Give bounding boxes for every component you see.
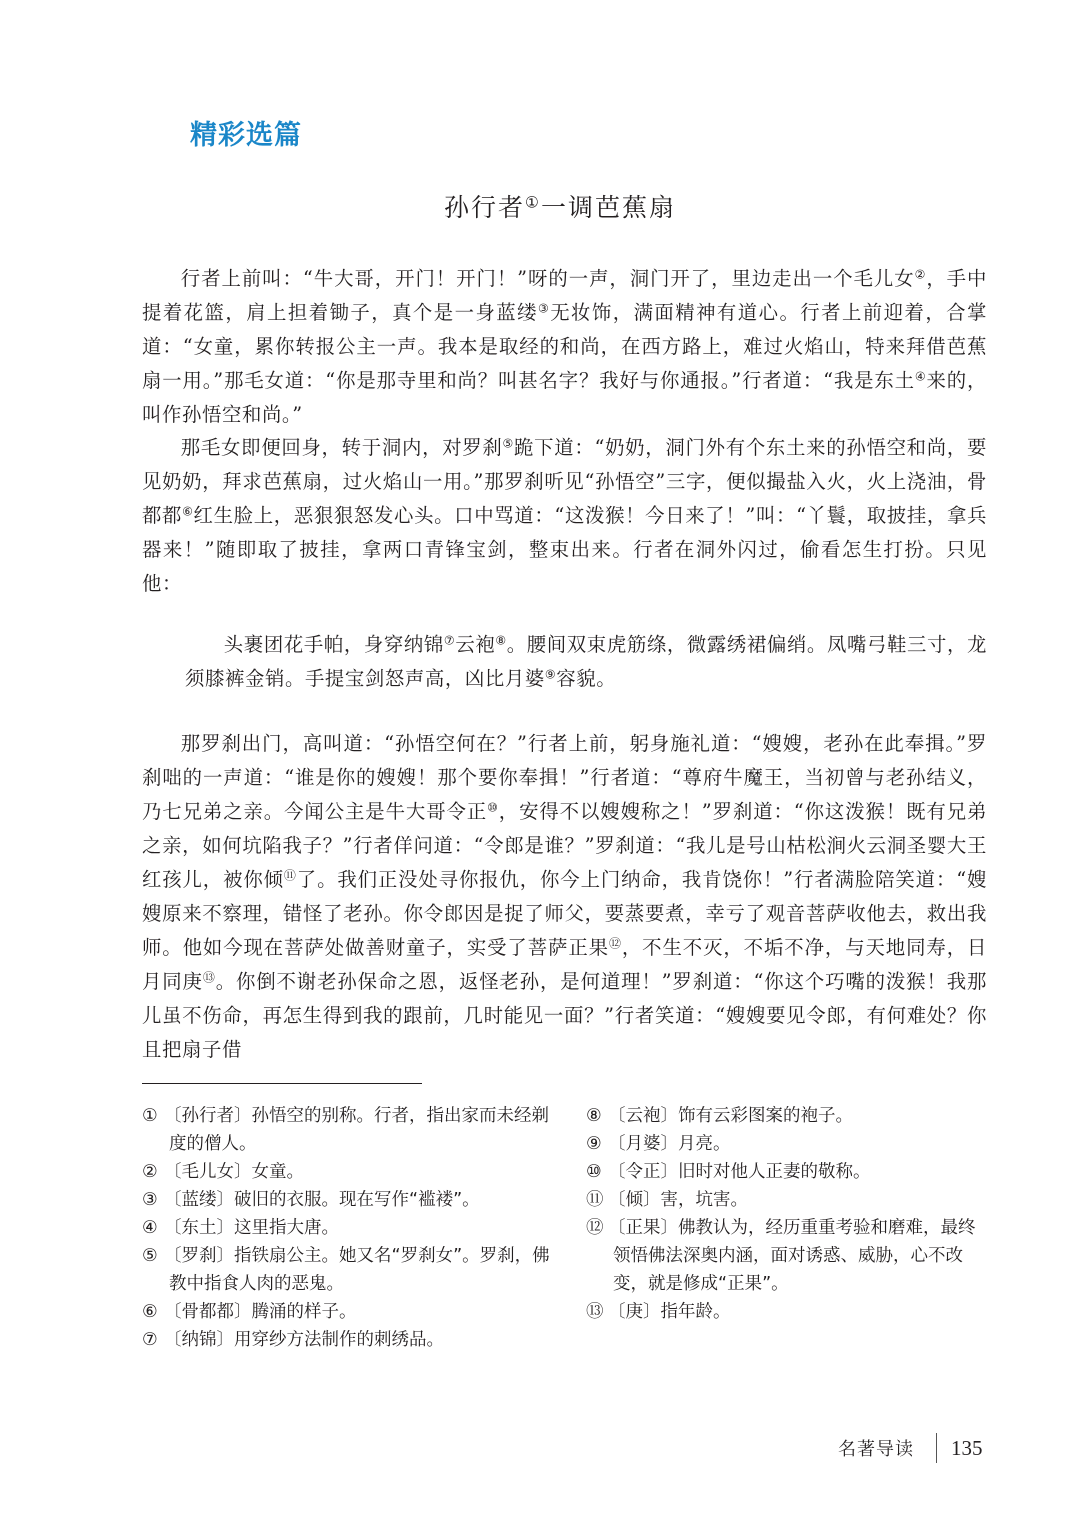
footnote-item: ③蓝缕破旧的衣服。现在写作“褴褛”。 <box>142 1186 552 1214</box>
paragraph-2: 那毛女即便回身，转于洞内，对罗刹⑤跪下道：“奶奶，洞门外有个东土来的孙悟空和尚，… <box>142 431 987 601</box>
page-footer: 名著导读 135 <box>838 1433 983 1463</box>
footnote-item: ⑦纳锦用穿纱方法制作的刺绣品。 <box>142 1326 552 1354</box>
footnote-marker[interactable]: ⑧ <box>495 633 506 647</box>
body-text: 。你倒不谢老孙保命之恩，返怪老孙，是何道理！”罗刹道：“你这个巧嘴的泼猴！我那儿… <box>142 970 987 1061</box>
footer-divider <box>936 1433 937 1463</box>
footnote-number: ⑨ <box>586 1130 608 1158</box>
footnote-term: 倾 <box>608 1190 661 1210</box>
verse-block: 头裹团花手帕，身穿纳锦⑦云袍⑧。腰间双束虎筋绦，微露绣裙偏绡。凤嘴弓鞋三寸，龙须… <box>185 628 987 696</box>
footnote-term: 庚 <box>608 1302 661 1322</box>
footnote-item: ⑧云袍饰有云彩图案的袍子。 <box>586 1102 991 1130</box>
footnote-definition: 害，坑害。 <box>661 1190 749 1210</box>
footnote-item: ①孙行者孙悟空的别称。行者，指出家而未经剃度的僧人。 <box>142 1102 552 1158</box>
article-title-text-start: 孙行者 <box>444 193 525 222</box>
body-text: 容貌。 <box>556 667 616 690</box>
footnote-definition: 腾涌的样子。 <box>252 1302 357 1322</box>
paragraph-3: 那罗刹出门，高叫道：“孙悟空何在？”行者上前，躬身施礼道：“嫂嫂，老孙在此奉揖。… <box>142 727 987 1067</box>
footnote-term: 蓝缕 <box>164 1190 234 1210</box>
footnote-term: 骨都都 <box>164 1302 252 1322</box>
footnote-marker[interactable]: ② <box>915 267 927 281</box>
body-text: 那毛女即便回身，转于洞内，对罗刹 <box>181 436 503 459</box>
footnote-item: ⑤罗刹指铁扇公主。她又名“罗刹女”。罗刹，佛教中指食人肉的恶鬼。 <box>142 1242 552 1298</box>
footnote-term: 东土 <box>164 1218 234 1238</box>
footnote-item: ⑨月婆月亮。 <box>586 1130 991 1158</box>
footnote-term: 纳锦 <box>164 1330 234 1350</box>
footnote-marker[interactable]: ① <box>525 193 541 211</box>
footnote-number: ⑪ <box>586 1186 608 1214</box>
footnote-marker[interactable]: ⑤ <box>503 436 515 450</box>
footnote-definition: 破旧的衣服。现在写作“褴褛”。 <box>234 1190 480 1210</box>
footnote-number: ④ <box>142 1214 164 1242</box>
footnote-number: ⑩ <box>586 1158 608 1186</box>
footnote-item: ⑬庚指年龄。 <box>586 1298 991 1326</box>
footnote-item: ②毛儿女女童。 <box>142 1158 552 1186</box>
footnote-marker[interactable]: ⑬ <box>203 970 216 984</box>
footnote-definition: 指年龄。 <box>661 1302 731 1322</box>
footnote-item: ⑫正果佛教认为，经历重重考验和磨难，最终领悟佛法深奥内涵，面对诱惑、威胁，心不改… <box>586 1214 991 1298</box>
footnote-marker[interactable]: ⑦ <box>444 633 455 647</box>
section-title: 精彩选篇 <box>190 113 302 152</box>
article-title: 孙行者①一调芭蕉扇 <box>0 188 1080 224</box>
paragraph-1: 行者上前叫：“牛大哥，开门！开门！”呀的一声，洞门开了，里边走出一个毛儿女②，手… <box>142 262 987 432</box>
article-title-text-end: 一调芭蕉扇 <box>541 193 676 222</box>
book-label: 名著导读 <box>838 1435 914 1461</box>
footnote-definition: 旧时对他人正妻的敬称。 <box>678 1162 871 1182</box>
footnote-term: 正果 <box>608 1218 678 1238</box>
footnote-term: 罗刹 <box>164 1246 234 1266</box>
footnote-number: ⑬ <box>586 1298 608 1326</box>
footnote-definition: 用穿纱方法制作的刺绣品。 <box>234 1330 444 1350</box>
footnote-term: 孙行者 <box>164 1106 252 1126</box>
footnote-number: ① <box>142 1102 164 1130</box>
footnote-item: ⑩令正旧时对他人正妻的敬称。 <box>586 1158 991 1186</box>
footnote-marker[interactable]: ⑫ <box>609 936 622 950</box>
footnote-term: 令正 <box>608 1162 678 1182</box>
page-number: 135 <box>951 1436 983 1461</box>
footnote-number: ⑧ <box>586 1102 608 1130</box>
footnote-divider <box>142 1083 422 1084</box>
footnote-definition: 这里指大唐。 <box>234 1218 339 1238</box>
footnotes-left-column: ①孙行者孙悟空的别称。行者，指出家而未经剃度的僧人。②毛儿女女童。③蓝缕破旧的衣… <box>142 1102 552 1354</box>
body-text: 头裹团花手帕，身穿纳锦 <box>224 633 444 656</box>
footnote-marker[interactable]: ⑪ <box>284 868 297 882</box>
body-text: 行者上前叫：“牛大哥，开门！开门！”呀的一声，洞门开了，里边走出一个毛儿女 <box>181 267 915 290</box>
footnote-term: 毛儿女 <box>164 1162 252 1182</box>
footnote-number: ⑤ <box>142 1242 164 1270</box>
footnote-definition: 女童。 <box>252 1162 305 1182</box>
footnote-number: ⑫ <box>586 1214 608 1242</box>
footnote-marker[interactable]: ⑥ <box>182 504 193 518</box>
footnote-definition: 月亮。 <box>678 1134 731 1154</box>
footnote-number: ② <box>142 1158 164 1186</box>
footnote-term: 月婆 <box>608 1134 678 1154</box>
footnote-number: ⑦ <box>142 1326 164 1354</box>
footnote-number: ③ <box>142 1186 164 1214</box>
footnote-number: ⑥ <box>142 1298 164 1326</box>
footnote-item: ⑪倾害，坑害。 <box>586 1186 991 1214</box>
footnote-definition: 饰有云彩图案的袍子。 <box>678 1106 853 1126</box>
footnote-marker[interactable]: ③ <box>538 301 550 315</box>
body-text: 云袍 <box>455 633 495 656</box>
footnotes-right-column: ⑧云袍饰有云彩图案的袍子。⑨月婆月亮。⑩令正旧时对他人正妻的敬称。⑪倾害，坑害。… <box>586 1102 991 1326</box>
body-text: 红生脸上，恶狠狠怒发心头。口中骂道：“这泼猴！今日来了！”叫：“丫鬟，取披挂，拿… <box>142 504 987 595</box>
footnote-marker[interactable]: ⑩ <box>487 800 499 814</box>
footnote-marker[interactable]: ⑨ <box>545 667 556 681</box>
footnote-term: 云袍 <box>608 1106 678 1126</box>
footnote-item: ④东土这里指大唐。 <box>142 1214 552 1242</box>
footnote-marker[interactable]: ④ <box>915 369 927 383</box>
footnote-item: ⑥骨都都腾涌的样子。 <box>142 1298 552 1326</box>
